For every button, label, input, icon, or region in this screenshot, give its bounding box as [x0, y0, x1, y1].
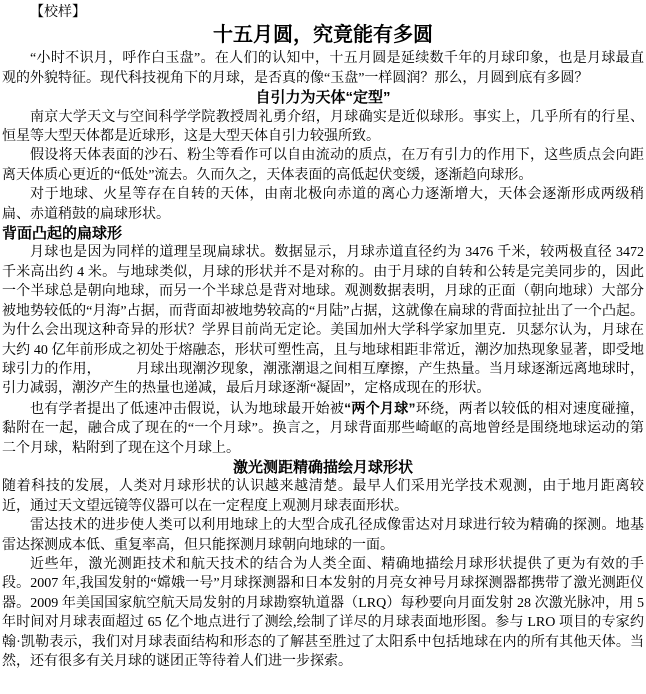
gravity-paragraph-2: 假设将天体表面的沙石、粉尘等看作可以自由流动的质点，在万有引力的作用下，这些质点…: [2, 146, 644, 185]
section-heading-laser: 激光测距精确描绘月球形状: [2, 458, 644, 477]
intro-paragraph: “小时不识月，呼作白玉盘”。在人们的认知中，十五月圆是延续数千年的月球印象，也是…: [2, 49, 644, 88]
bulge-paragraph-2: 也有学者提出了低速冲击假说，认为地球最开始被“两个月球”环绕，两者以较低的相对速…: [2, 399, 644, 458]
laser-paragraph-1: 随着科技的发展，人类对月球形状的认识越来越清楚。最早人们采用光学技术观测，由于地…: [2, 477, 644, 516]
proof-document-page: 【校样】 十五月圆，究竟能有多圆 “小时不识月，呼作白玉盘”。在人们的认知中，十…: [0, 0, 646, 681]
section-heading-gravity: 自引力为天体“定型”: [2, 88, 644, 107]
bold-emphasis-two-moons: “两个月球”: [344, 400, 415, 416]
gravity-paragraph-1: 南京大学天文与空间科学学院教授周礼勇介绍，月球确实是近似球形。事实上，几乎所有的…: [2, 108, 644, 147]
bulge-paragraph-1: 月球也是因为同样的道理呈现扁球状。数据显示，月球赤道直径约为 3476 千米，较…: [2, 243, 644, 398]
bulge-paragraph-2-text: 也有学者提出了低速冲击假说，认为地球最开始被: [30, 402, 344, 417]
doc-title: 十五月圆，究竟能有多圆: [2, 23, 644, 47]
laser-paragraph-3: 近些年，激光测距技术和航天技术的结合为人类全面、精确地描绘月球形状提供了更为有效…: [2, 555, 644, 671]
section-heading-bulge: 背面凸起的扁球形: [2, 224, 644, 243]
laser-paragraph-2: 雷达技术的进步使人类可以利用地球上的大型合成孔径成像雷达对月球进行较为精确的探测…: [2, 516, 644, 555]
proof-tag: 【校样】: [2, 3, 644, 22]
gravity-paragraph-3: 对于地球、火星等存在自转的天体，由南北极向赤道的离心力逐渐增大，天体会逐渐形成两…: [2, 185, 644, 224]
